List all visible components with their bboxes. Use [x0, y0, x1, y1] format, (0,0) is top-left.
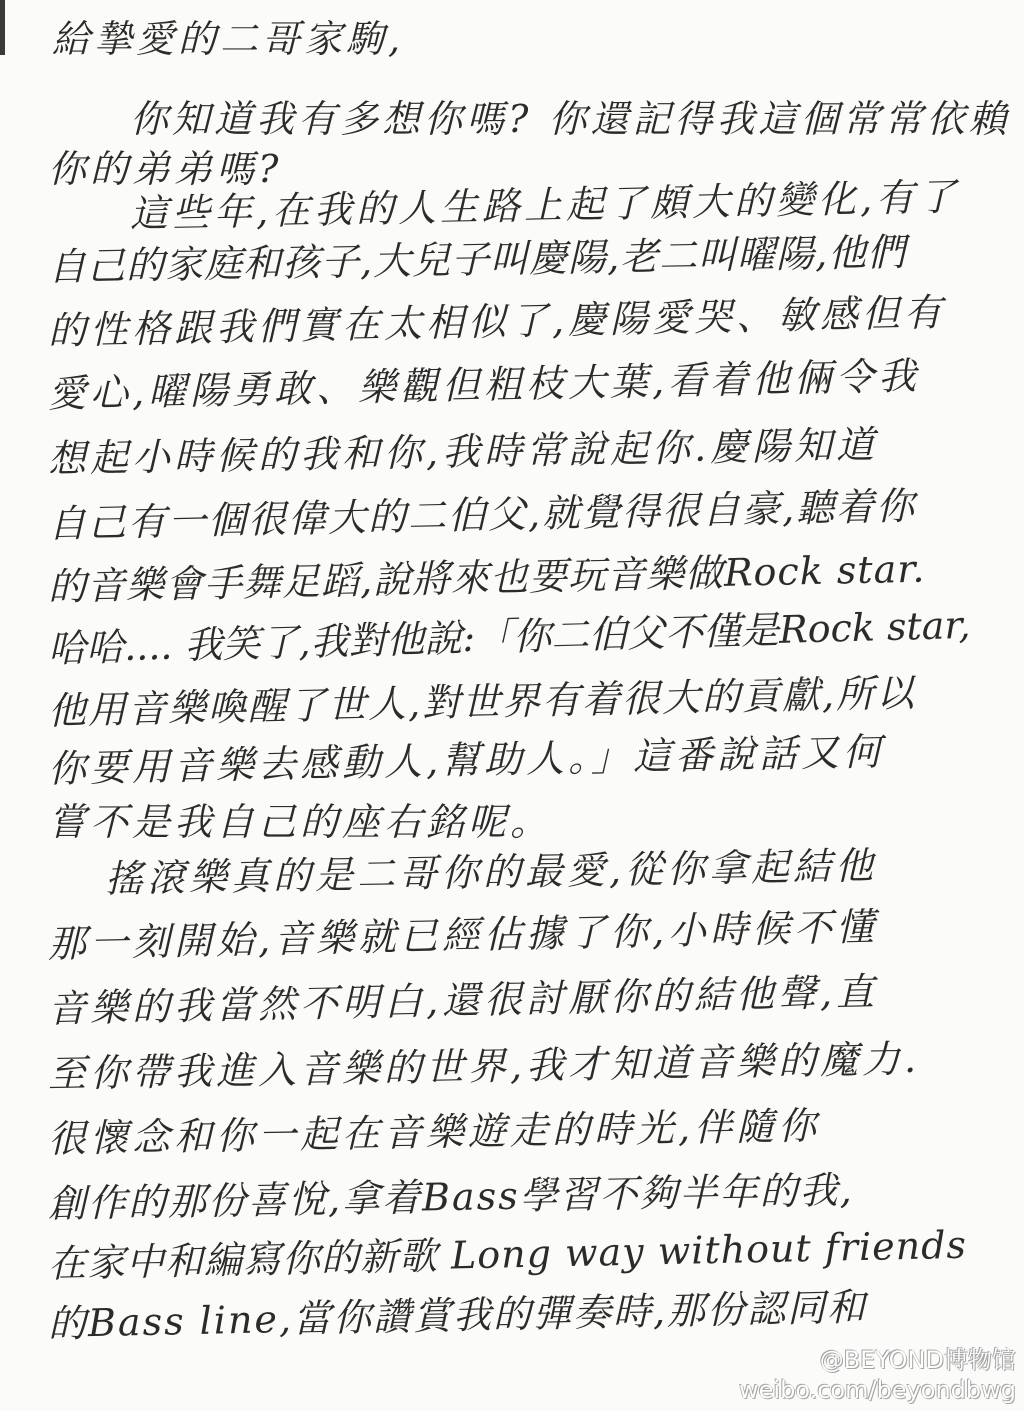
- letter-line: 哈哈.... 我笑了,我對他說:「你二伯父不僅是Rock star,: [48, 606, 971, 668]
- watermark-handle: @BEYOND博物馆: [739, 1345, 1016, 1375]
- letter-line: 至你帶我進入音樂的世界,我才知道音樂的魔力.: [48, 1040, 921, 1093]
- letter-line: 自己的家庭和孩子,大兒子叫慶陽,老二叫曜陽,他們: [48, 233, 907, 286]
- letter-line: 的性格跟我們實在太相似了,慶陽愛哭、敏感但有: [48, 293, 947, 350]
- letter-line: 愛心,曜陽勇敢、樂觀但粗枝大葉,看着他倆令我: [48, 357, 921, 413]
- letter-line: 嘗不是我自己的座右銘呢。: [48, 803, 552, 841]
- weibo-watermark: @BEYOND博物馆 weibo.com/beyondbwg: [739, 1345, 1016, 1405]
- letter-line: 在家中和編寫你的新歌 Long way without friends: [48, 1226, 968, 1283]
- letter-line: 搖滾樂真的是二哥你的最愛,從你拿起結他: [105, 847, 878, 898]
- letter-line: 音樂的我當然不明白,還很討厭你的結他聲,直: [48, 973, 879, 1028]
- letter-line: 創作的那份喜悅,拿着Bass學習不夠半年的我,: [48, 1171, 854, 1223]
- letter-line: 你的弟弟嗎?: [48, 150, 282, 188]
- salutation: 給摯愛的二哥家駒,: [52, 20, 404, 58]
- letter-line: 很懷念和你一起在音樂遊走的時光,伴隨你: [48, 1107, 821, 1158]
- letter-line: 想起小時候的我和你,我時常說起你.慶陽知道: [48, 426, 879, 478]
- watermark-url: weibo.com/beyondbwg: [739, 1375, 1016, 1405]
- letter-line: 的Bass line,當你讚賞我的彈奏時,那份認同和: [48, 1288, 868, 1343]
- letter-line: 你要用音樂去感動人,幫助人。」這番說話又何: [48, 732, 886, 788]
- letter-line: 他用音樂喚醒了世人,對世界有着很大的貢獻,所以: [48, 674, 917, 730]
- letter-line: 那一刻開始,音樂就已經佔據了你,小時候不懂: [48, 908, 879, 963]
- letter-line: 自己有一個很偉大的二伯父,就覺得很自豪,聽着你: [48, 487, 917, 543]
- handwritten-letter: 給摯愛的二哥家駒, 你知道我有多想你嗎? 你還記得我這個常常依賴 你的弟弟嗎? …: [0, 0, 1024, 1411]
- letter-line: 的音樂會手舞足蹈,說將來也要玩音樂做Rock star.: [48, 550, 926, 606]
- letter-line: 你知道我有多想你嗎? 你還記得我這個常常依賴: [130, 100, 1010, 138]
